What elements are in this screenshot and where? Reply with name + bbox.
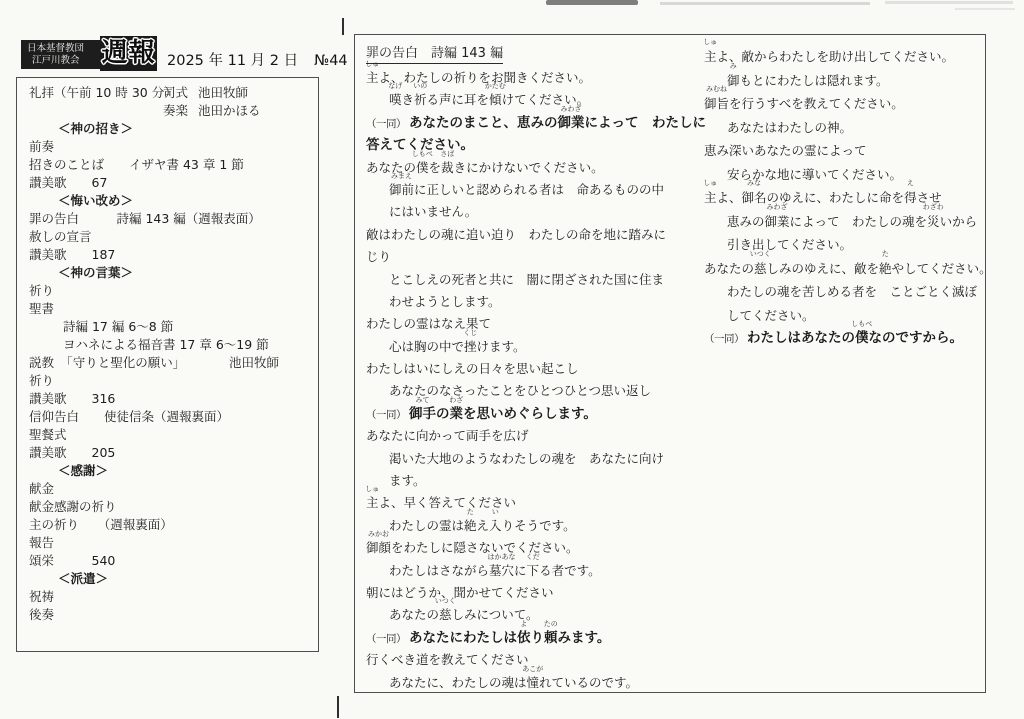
- psalm-line-unison: （一同）わたしはあなたのしもべ僕なのですから。: [704, 327, 982, 351]
- psalm-line: 引き出してください。: [704, 233, 982, 257]
- psalm-line: しゅ主よ、敵からわたしを助け出してください。: [704, 45, 982, 69]
- unison-prefix: （一同）: [366, 118, 406, 130]
- issue-dateline: 2025 年 11 月 2 日№44: [167, 49, 348, 70]
- furigana-text: よ依: [517, 627, 531, 649]
- service-item-list: ＜神の招き＞前奏招きのことば イザヤ書 43 章 1 節讃美歌 67＜悔い改め＞…: [29, 120, 318, 624]
- psalm-line: あなたはわたしの神。: [704, 116, 982, 140]
- psalm-lines-col2: しゅ主よ、敵からわたしを助け出してください。み御もとにわたしは隠れます。みむね御…: [704, 45, 982, 351]
- psalm-line: ます。: [366, 470, 700, 492]
- service-item: 前奏: [29, 138, 318, 156]
- furigana-text: しもべ僕: [416, 157, 429, 179]
- psalm-line: にはいません。: [366, 201, 700, 223]
- officiant-name: 池田牧師: [198, 84, 248, 102]
- service-item: 罪の告白 詩編 143 編（週報表面）: [29, 210, 318, 228]
- furigana-text: はかあな墓穴: [489, 560, 514, 582]
- furigana-text: しもべ僕: [855, 327, 869, 351]
- psalm-line: 朝にはどうか、聞かせてください: [366, 582, 700, 604]
- service-item: 説教 「守りと聖化の願い」 池田牧師: [29, 354, 318, 372]
- furigana-text: みかお御顔: [366, 537, 391, 559]
- church-name: 江戸川教会: [27, 55, 100, 67]
- bulletin-page: 日本基督教団 江戸川教会 週報 2025 年 11 月 2 日№44 礼拝（午前…: [0, 0, 1024, 719]
- service-section-heading: ＜派遣＞: [29, 570, 318, 588]
- officiant-label: 司式: [163, 84, 188, 102]
- furigana-text: しゅ主: [704, 45, 717, 69]
- psalm-line: 恵みのみわざ御業によって わたしの魂をわざわ災いから: [704, 210, 982, 234]
- psalm-line: あなたのしもべ僕をさば裁きにかけないでください。: [366, 157, 700, 179]
- service-section-heading: ＜神の言葉＞: [29, 264, 318, 282]
- service-item: 讃美歌 205: [29, 444, 318, 462]
- psalm-line-unison: （一同）あなたにわたしはよ依りたの頼みます。: [366, 627, 700, 649]
- psalm-line: あなたのいつく慈しみについて。: [366, 604, 700, 626]
- furigana-text: いつく慈: [439, 604, 452, 626]
- service-item: 讃美歌 67: [29, 174, 318, 192]
- service-item: 後奏: [29, 606, 318, 624]
- psalm-line: みまえ御前に正しいと認められる者は 命あるものの中: [366, 179, 700, 201]
- service-section-heading: ＜神の招き＞: [29, 120, 318, 138]
- service-item: 主の祈り （週報裏面）: [29, 516, 318, 534]
- confession-title: 罪の告白 詩編 143 編: [366, 45, 700, 67]
- scan-artifact: [955, 8, 1015, 10]
- issue-number: №44: [314, 53, 348, 69]
- furigana-text: た絶: [464, 515, 477, 537]
- psalm-line: み御もとにわたしは隠れます。: [704, 69, 982, 93]
- furigana-text: いの祈: [414, 89, 427, 111]
- psalm-line: しゅ主よ、早く答えてください: [366, 492, 700, 514]
- psalm-line: 心は胸の中でくじ挫けます。: [366, 336, 700, 358]
- psalm-line: わたしの霊はた絶えい入りそうです。: [366, 515, 700, 537]
- furigana-text: しゅ主: [366, 492, 379, 514]
- psalm-line: とこしえの死者と共に 闇に閉ざされた国に住ま: [366, 269, 700, 291]
- service-item: 信仰告白 使徒信条（週報裏面）: [29, 408, 318, 426]
- service-item: ヨハネによる福音書 17 章 6～19 節: [29, 336, 318, 354]
- furigana-text: みわざ御業: [765, 210, 790, 234]
- furigana-text: しゅ主: [704, 186, 717, 210]
- scan-artifact: [885, 1, 1013, 4]
- furigana-text: みむね御旨: [704, 92, 729, 116]
- psalm-line: あなたのいつく慈しみのゆえに、敵をた絶やしてください。: [704, 257, 982, 281]
- service-item: 祝祷: [29, 588, 318, 606]
- furigana-text: いつく慈: [754, 257, 767, 281]
- issue-date: 2025 年 11 月 2 日: [167, 53, 298, 69]
- service-item: 聖餐式: [29, 426, 318, 444]
- furigana-text: たの頼: [544, 627, 558, 649]
- unison-prefix: （一同）: [366, 633, 406, 645]
- service-item: 聖書: [29, 300, 318, 318]
- masthead-title: 週報: [100, 36, 157, 71]
- service-item: 讃美歌 316: [29, 390, 318, 408]
- service-order-panel: 礼拝（午前 10 時 30 分） 司式 池田牧師 奏楽 池田かほる ＜神の招き＞…: [16, 77, 319, 652]
- service-item: 報告: [29, 534, 318, 552]
- furigana-text: なげ嘆: [389, 89, 402, 111]
- confession-column-1: 罪の告白 詩編 143 編 しゅ主よ、わたしの祈りをお聞きください。なげ嘆きいの…: [366, 45, 700, 693]
- furigana-text: た絶: [879, 257, 892, 281]
- accompanist-name: 池田かほる: [198, 102, 261, 120]
- psalm-line: じり: [366, 246, 700, 268]
- furigana-text: い入: [489, 515, 502, 537]
- psalm-line: わたしの魂を苦しめる者を ことごとく滅ぼ: [704, 280, 982, 304]
- service-section-heading: ＜悔い改め＞: [29, 192, 318, 210]
- psalm-line: 安らかな地に導いてください。: [704, 163, 982, 187]
- psalm-line: あなたに、わたしの魂はあこが憧れているのです。: [366, 672, 700, 693]
- worship-time: 礼拝（午前 10 時 30 分）: [29, 84, 163, 102]
- confession-column-2: しゅ主よ、敵からわたしを助け出してください。み御もとにわたしは隠れます。みむね御…: [704, 45, 982, 351]
- psalm-line: してください。: [704, 304, 982, 328]
- scan-artifact: [660, 2, 870, 5]
- service-item: 詩編 17 編 6～8 節: [29, 318, 318, 336]
- psalm-lines-col1: しゅ主よ、わたしの祈りをお聞きください。なげ嘆きいの祈る声に耳をかたむ傾けてくだ…: [366, 67, 700, 693]
- service-section-heading: ＜感謝＞: [29, 462, 318, 480]
- furigana-text: くじ挫: [464, 336, 477, 358]
- furigana-text: わざわ災: [927, 210, 940, 234]
- service-item: 祈り: [29, 372, 318, 390]
- psalm-line: わたしはさながらはかあな墓穴にくだ下る者です。: [366, 560, 700, 582]
- church-name-block: 日本基督教団 江戸川教会: [21, 40, 100, 69]
- service-item: 献金: [29, 480, 318, 498]
- unison-prefix: （一同）: [366, 409, 406, 421]
- service-item: 頌栄 540: [29, 552, 318, 570]
- masthead-badge: 日本基督教団 江戸川教会 週報: [21, 36, 157, 71]
- furigana-text: さば裁: [441, 157, 454, 179]
- service-item: 招きのことば イザヤ書 43 章 1 節: [29, 156, 318, 174]
- psalm-line: 渇いた大地のようなわたしの魂を あなたに向け: [366, 448, 700, 470]
- unison-prefix: （一同）: [704, 333, 744, 345]
- furigana-text: みて御手: [409, 403, 436, 425]
- service-header-row1: 礼拝（午前 10 時 30 分） 司式 池田牧師: [29, 84, 318, 102]
- furigana-text: みわざ御業: [558, 112, 585, 134]
- furigana-text: わざ業: [450, 403, 464, 425]
- psalm-line: みむね御旨を行うすべを教えてください。: [704, 92, 982, 116]
- furigana-text: みまえ御前: [389, 179, 414, 201]
- service-item: 献金感謝の祈り: [29, 498, 318, 516]
- psalm-line: なげ嘆きいの祈る声に耳をかたむ傾けてください。: [366, 89, 700, 111]
- psalm-line: 敵はわたしの魂に追い迫り わたしの命を地に踏みに: [366, 224, 700, 246]
- service-item: 祈り: [29, 282, 318, 300]
- furigana-text: かたむ傾: [489, 89, 502, 111]
- furigana-text: み御: [727, 69, 740, 93]
- scan-artifact: [546, 0, 638, 5]
- furigana-text: え得: [904, 186, 917, 210]
- service-item: 赦しの宣言: [29, 228, 318, 246]
- scan-artifact: [337, 696, 339, 718]
- scan-artifact: [342, 18, 344, 35]
- psalm-line-unison: （一同）あなたのまこと、恵みのみわざ御業によって わたしに: [366, 112, 700, 134]
- psalm-line: あなたに向かって両手を広げ: [366, 425, 700, 447]
- denomination-name: 日本基督教団: [27, 43, 100, 55]
- confession-panel: 罪の告白 詩編 143 編 しゅ主よ、わたしの祈りをお聞きください。なげ嘆きいの…: [354, 34, 986, 693]
- service-header-row2: 奏楽 池田かほる: [29, 102, 318, 120]
- service-item: 讃美歌 187: [29, 246, 318, 264]
- psalm-line: わたしはいにしえの日々を思い起こし: [366, 358, 700, 380]
- furigana-text: みな御名: [742, 186, 767, 210]
- psalm-line-unison: （一同）みて御手のわざ業を思いめぐらします。: [366, 403, 700, 425]
- furigana-text: あこが憧: [527, 672, 540, 693]
- furigana-text: くだ下: [527, 560, 540, 582]
- psalm-line: わせようとします。: [366, 291, 700, 313]
- psalm-line: 恵み深いあなたの霊によって: [704, 139, 982, 163]
- furigana-text: しゅ主: [366, 67, 379, 89]
- psalm-line: わたしの霊はなえ果て: [366, 313, 700, 335]
- accompanist-label: 奏楽: [163, 102, 188, 120]
